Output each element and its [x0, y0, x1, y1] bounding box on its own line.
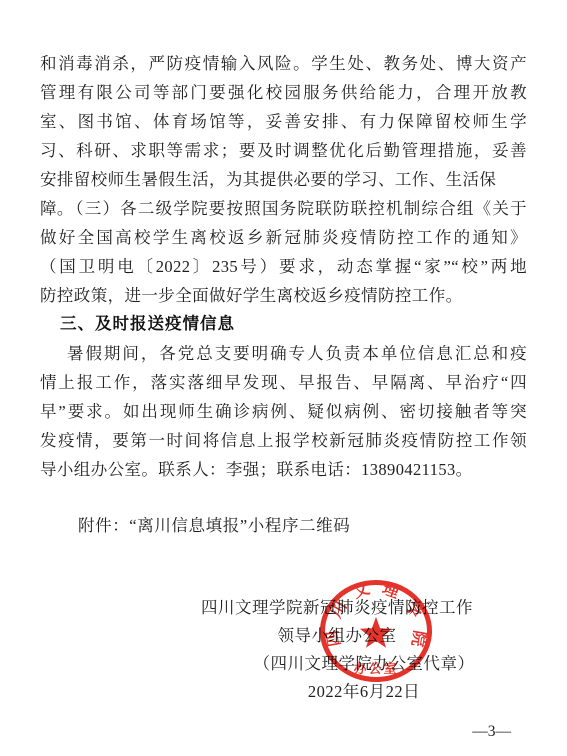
text-line: 室、图书馆、体育场馆等，妥善安排、有力保障留校师生学: [40, 107, 527, 136]
text-line: 安排留校师生暑假生活，为其提供必要的学习、工作、生活保障。: [40, 165, 527, 194]
text-line: 发疫情，要第一时间将信息上报学校新冠肺炎疫情防控工作领: [40, 426, 527, 455]
paragraph-2: （三）各二级学院要按照国务院联防联控机制综合组《关于 做好全国高校学生离校返乡新…: [40, 194, 527, 310]
text-line: 防控政策，进一步全面做好学生离校返乡疫情防控工作。: [40, 281, 527, 310]
signature-org-line-1: 四川文理学院新冠肺炎疫情防控工作: [167, 594, 507, 622]
page-number: —3—: [472, 723, 511, 741]
section-heading-3: 三、及时报送疫情信息: [40, 310, 527, 339]
signature-proxy-note: （四川文理学院办公室代章）: [194, 650, 534, 678]
signature-block: 四川文理学院新冠肺炎疫情防控工作 领导小组办公室 （四川文理学院办公室代章） 2…: [180, 594, 520, 706]
text-line: 早”要求。如出现师生确诊病例、疑似病例、密切接触者等突: [40, 397, 527, 426]
attachment-line: 附件：“离川信息填报”小程序二维码: [40, 511, 527, 540]
text-line: 情上报工作，落实落细早发现、早报告、早隔离、早治疗“四: [40, 368, 527, 397]
text-line: 暑假期间，各党总支要明确专人负责本单位信息汇总和疫: [40, 339, 527, 368]
text-line: （三）各二级学院要按照国务院联防联控机制综合组《关于: [40, 194, 527, 223]
text-line: 管理有限公司等部门要强化校园服务供给能力，合理开放教: [40, 78, 527, 107]
text-line: 导小组办公室。联系人：李强；联系电话：13890421153。: [40, 455, 527, 484]
paragraph-1: 和消毒消杀，严防疫情输入风险。学生处、教务处、博大资产 管理有限公司等部门要强化…: [40, 49, 527, 194]
signature-date: 2022年6月22日: [194, 678, 534, 706]
document-page: 和消毒消杀，严防疫情输入风险。学生处、教务处、博大资产 管理有限公司等部门要强化…: [0, 0, 567, 756]
signature-org-line-2: 领导小组办公室: [167, 622, 507, 650]
paragraph-3: 暑假期间，各党总支要明确专人负责本单位信息汇总和疫 情上报工作，落实落细早发现、…: [40, 339, 527, 484]
text-line: 习、科研、求职等需求；要及时调整优化后勤管理措施，妥善: [40, 136, 527, 165]
body-text: 和消毒消杀，严防疫情输入风险。学生处、教务处、博大资产 管理有限公司等部门要强化…: [40, 49, 527, 540]
text-line: （国卫明电〔2022〕235号）要求，动态掌握“家”“校”两地: [40, 252, 527, 281]
text-line: 和消毒消杀，严防疫情输入风险。学生处、教务处、博大资产: [40, 49, 527, 78]
text-line: 做好全国高校学生离校返乡新冠肺炎疫情防控工作的通知》: [40, 223, 527, 252]
